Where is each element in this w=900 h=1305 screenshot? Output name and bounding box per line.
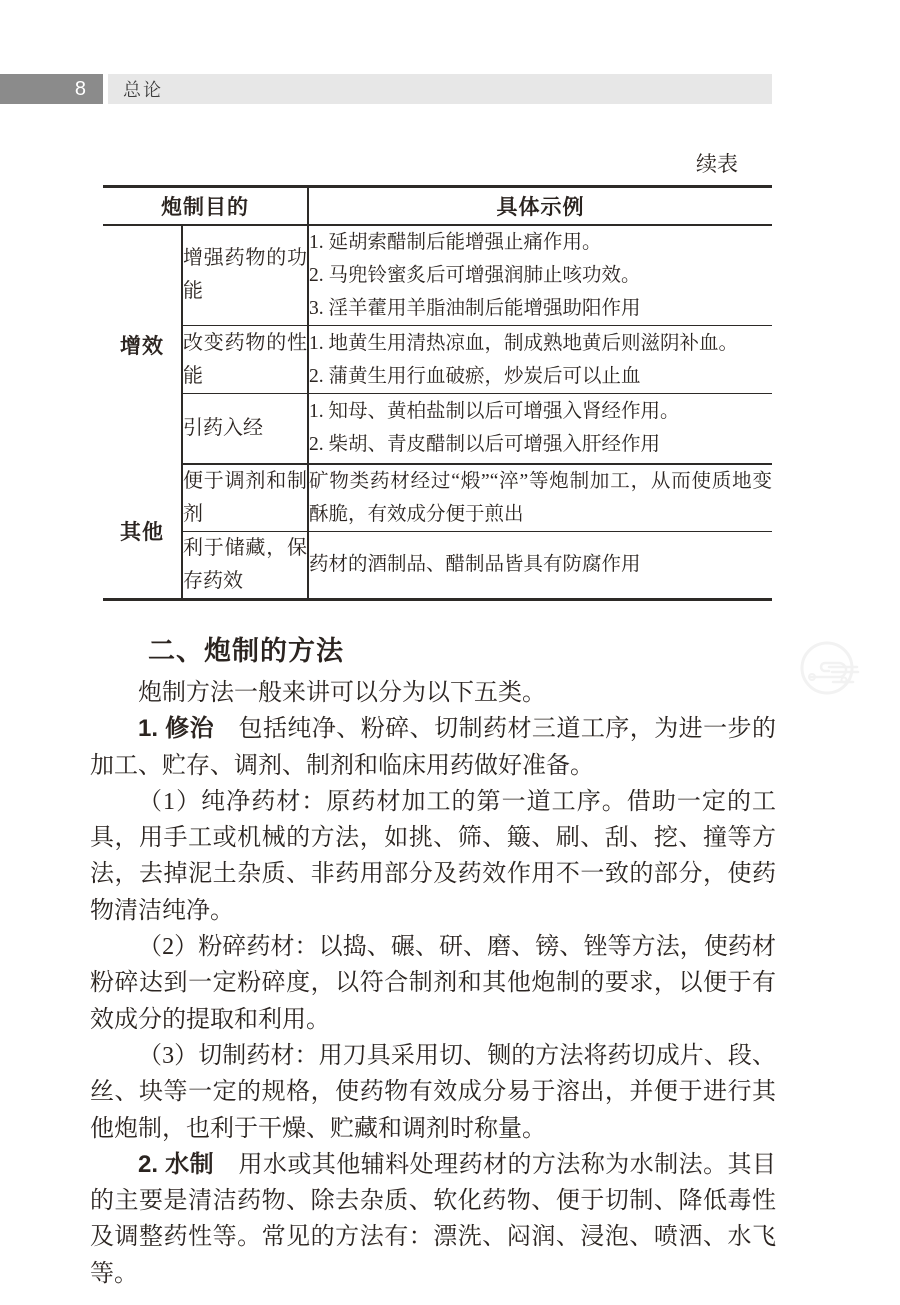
page-number: 8 [75, 78, 86, 101]
example-line: 药材的酒制品、醋制品皆具有防腐作用 [309, 548, 772, 581]
table-row: 改变药物的性能 1. 地黄生用清热凉血，制成熟地黄后则滋阴补血。 2. 蒲黄生用… [103, 326, 772, 394]
table-row: 利于储藏，保存药效 药材的酒制品、醋制品皆具有防腐作用 [103, 531, 772, 599]
column-header-examples: 具体示例 [308, 187, 772, 225]
purpose-cell: 改变药物的性能 [182, 326, 308, 394]
paragraph: （2）粉碎药材：以捣、碾、研、磨、镑、锉等方法，使药材粉碎达到一定粉碎度，以符合… [90, 929, 776, 1038]
example-line: 1. 知母、黄柏盐制以后可增强入肾经作用。 [309, 395, 772, 428]
paragraph: 1. 修治 包括纯净、粉碎、切制药材三道工序，为进一步的加工、贮存、调剂、制剂和… [90, 711, 776, 784]
paragraph: 炮制方法一般来讲可以分为以下五类。 [90, 675, 776, 711]
examples-cell: 1. 延胡索醋制后能增强止痛作用。 2. 马兜铃蜜炙后可增强润肺止咳功效。 3.… [308, 225, 772, 326]
example-line: 2. 马兜铃蜜炙后可增强润肺止咳功效。 [309, 259, 772, 292]
section-title-band: 总论 [108, 74, 772, 104]
example-line: 矿物类药材经过“煅”“淬”等炮制加工，从而使质地变酥脆，有效成分便于煎出 [309, 465, 772, 531]
example-line: 1. 地黄生用清热凉血，制成熟地黄后则滋阴补血。 [309, 327, 772, 360]
paragraph-text: （2）粉碎药材：以捣、碾、研、磨、镑、锉等方法，使药材粉碎达到一定粉碎度，以符合… [90, 934, 776, 1033]
section-title: 总论 [123, 76, 163, 102]
example-line: 1. 延胡索醋制后能增强止痛作用。 [309, 226, 772, 259]
paragraph-text: （3）切制药材：用刀具采用切、铡的方法将药切成片、段、丝、块等一定的规格，使药物… [90, 1043, 776, 1142]
group-label-zengxiao: 增效 [103, 225, 182, 464]
table-row: 增效 增强药物的功能 1. 延胡索醋制后能增强止痛作用。 2. 马兜铃蜜炙后可增… [103, 225, 772, 326]
example-line: 2. 蒲黄生用行血破瘀，炒炭后可以止血 [309, 360, 772, 393]
paragraph: （1）纯净药材：原药材加工的第一道工序。借助一定的工具，用手工或机械的方法，如挑… [90, 784, 776, 929]
example-line: 3. 淫羊藿用羊脂油制后能增强助阳作用 [309, 292, 772, 325]
paragraph: 2. 水制 用水或其他辅料处理药材的方法称为水制法。其目的主要是清洁药物、除去杂… [90, 1147, 776, 1292]
examples-cell: 矿物类药材经过“煅”“淬”等炮制加工，从而使质地变酥脆，有效成分便于煎出 [308, 464, 772, 532]
paragraph-text: （1）纯净药材：原药材加工的第一道工序。借助一定的工具，用手工或机械的方法，如挑… [90, 789, 776, 924]
examples-cell: 1. 地黄生用清热凉血，制成熟地黄后则滋阴补血。 2. 蒲黄生用行血破瘀，炒炭后… [308, 326, 772, 394]
table-continuation-note: 续表 [0, 148, 738, 178]
body-content: 二、炮制的方法 炮制方法一般来讲可以分为以下五类。 1. 修治 包括纯净、粉碎、… [90, 634, 776, 1292]
page-number-box: 8 [0, 74, 103, 104]
examples-cell: 药材的酒制品、醋制品皆具有防腐作用 [308, 531, 772, 599]
cloud-emblem-watermark-icon [799, 637, 863, 706]
book-page: { "header": { "page_number": "8", "secti… [0, 0, 900, 1305]
paragraph-lead: 1. 修治 [138, 715, 214, 742]
section-heading: 二、炮制的方法 [148, 634, 776, 668]
column-header-purpose: 炮制目的 [103, 187, 308, 225]
table-row: 引药入经 1. 知母、黄柏盐制以后可增强入肾经作用。 2. 柴胡、青皮醋制以后可… [103, 394, 772, 464]
paragraph: （3）切制药材：用刀具采用切、铡的方法将药切成片、段、丝、块等一定的规格，使药物… [90, 1038, 776, 1147]
example-line: 2. 柴胡、青皮醋制以后可增强入肝经作用 [309, 428, 772, 461]
table-row: 其他 便于调剂和制剂 矿物类药材经过“煅”“淬”等炮制加工，从而使质地变酥脆，有… [103, 464, 772, 532]
processing-purpose-table: 炮制目的 具体示例 增效 增强药物的功能 1. 延胡索醋制后能增强止痛作用。 2… [103, 185, 772, 601]
purpose-cell: 利于储藏，保存药效 [182, 531, 308, 599]
group-label-qita: 其他 [103, 464, 182, 600]
running-header: 8 总论 [0, 74, 772, 104]
paragraph-lead: 2. 水制 [138, 1151, 214, 1178]
purpose-cell: 便于调剂和制剂 [182, 464, 308, 532]
examples-cell: 1. 知母、黄柏盐制以后可增强入肾经作用。 2. 柴胡、青皮醋制以后可增强入肝经… [308, 394, 772, 464]
table-header-row: 炮制目的 具体示例 [103, 187, 772, 225]
purpose-cell: 增强药物的功能 [182, 225, 308, 326]
paragraph-text: 炮制方法一般来讲可以分为以下五类。 [138, 680, 546, 706]
purpose-cell: 引药入经 [182, 394, 308, 464]
